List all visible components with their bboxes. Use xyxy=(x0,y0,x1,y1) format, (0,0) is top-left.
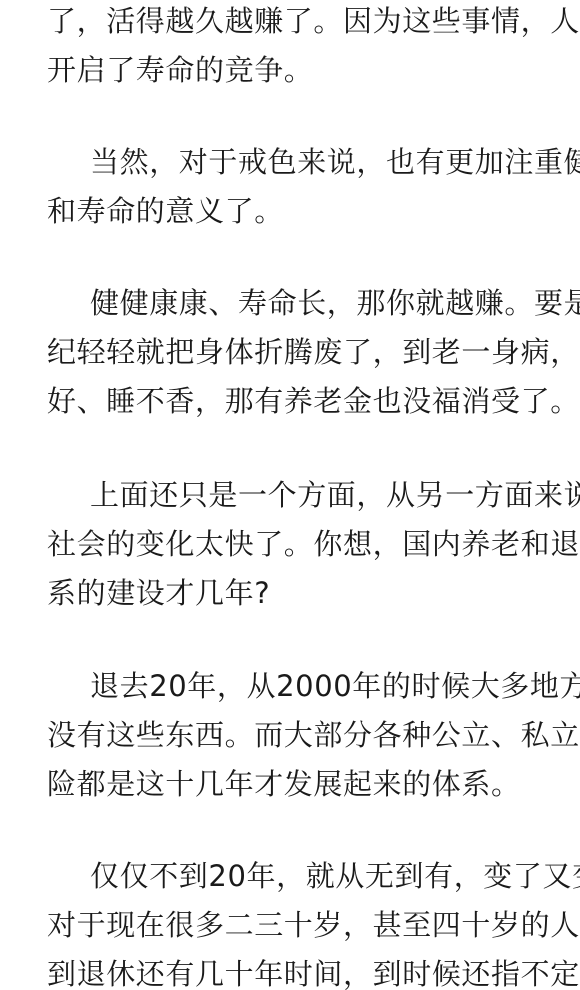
paragraph-5-line-1: 退去20年，从2000年的时候大多地方还 xyxy=(90,668,580,704)
paragraph-5-line-3: 险都是这十几年才发展起来的体系。 xyxy=(47,766,537,802)
paragraph-2-line-2: 和寿命的意义了。 xyxy=(47,193,537,229)
paragraph-3-line-1: 健健康康、寿命长，那你就越赚。要是年 xyxy=(90,285,580,321)
paragraph-6-line-3: 到退休还有几十年时间，到时候还指不定变成 xyxy=(47,956,537,990)
paragraph-4-line-3: 系的建设才几年? xyxy=(47,575,537,611)
paragraph-1-line-1: 了，活得越久越赚了。因为这些事情，人们又 xyxy=(47,3,537,39)
paragraph-6-line-1: 仅仅不到20年，就从无到有，变了又变。 xyxy=(90,858,580,894)
paragraph-6-line-2: 对于现在很多二三十岁，甚至四十岁的人，你 xyxy=(47,907,537,943)
paragraph-3-line-2: 纪轻轻就把身体折腾废了，到老一身病，吃不 xyxy=(47,334,537,370)
paragraph-5-line-2: 没有这些东西。而大部分各种公立、私立的保 xyxy=(47,717,537,753)
paragraph-4-line-2: 社会的变化太快了。你想，国内养老和退休体 xyxy=(47,526,537,562)
paragraph-3-line-3: 好、睡不香，那有养老金也没福消受了。 xyxy=(47,383,537,419)
paragraph-2-line-1: 当然，对于戒色来说，也有更加注重健康 xyxy=(90,144,580,180)
paragraph-4-line-1: 上面还只是一个方面，从另一方面来说， xyxy=(90,477,580,513)
paragraph-1-line-2: 开启了寿命的竞争。 xyxy=(47,52,537,88)
